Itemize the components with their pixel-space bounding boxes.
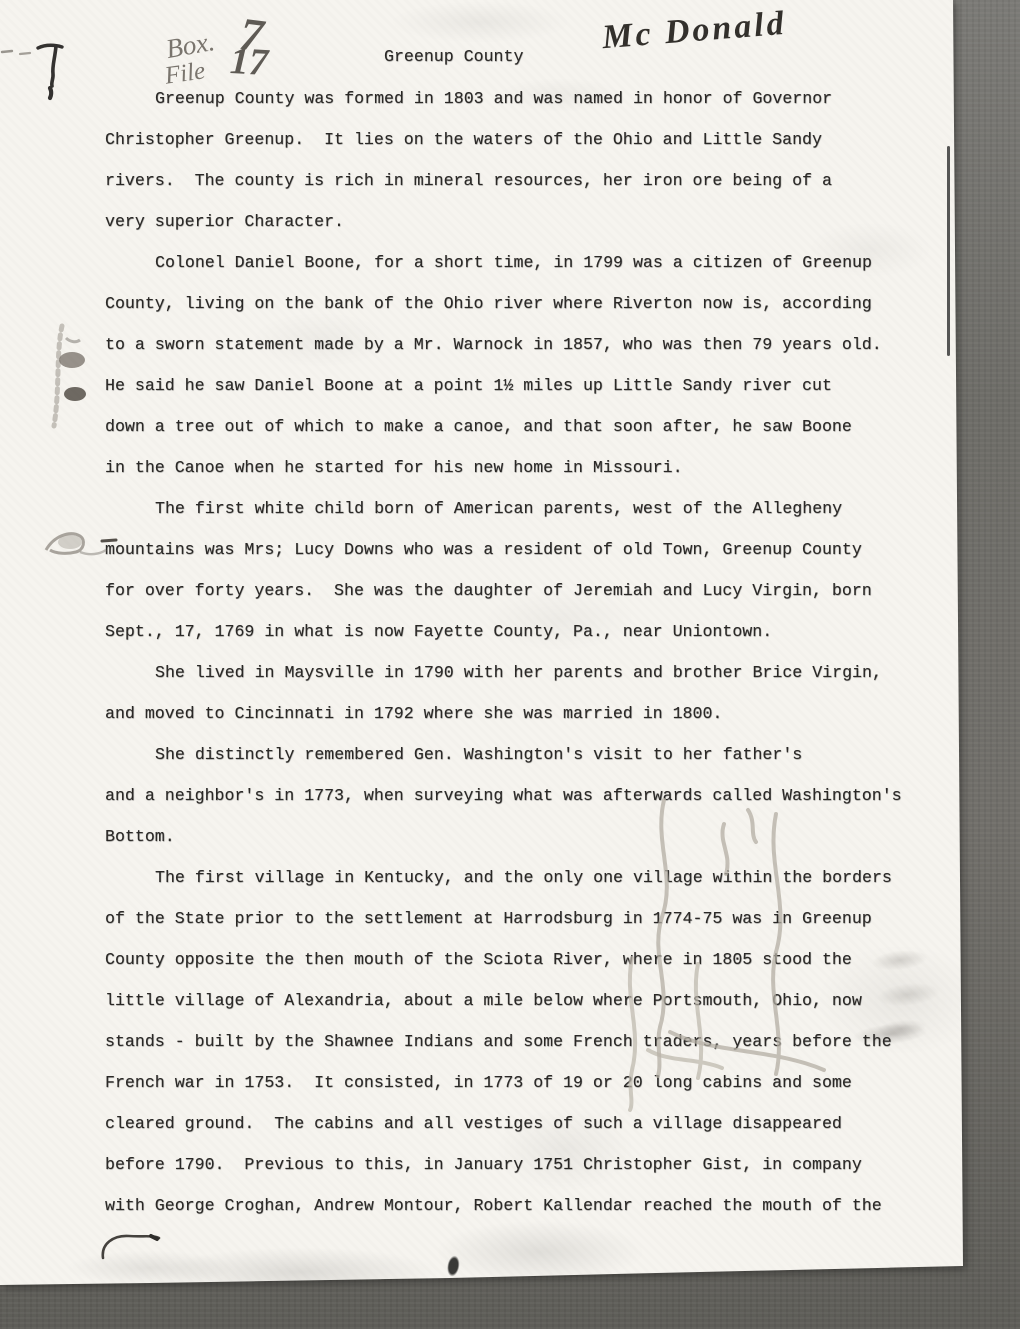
typed-line: County opposite the then mouth of the Sc… xyxy=(105,949,852,971)
page-shadow-wrap: Box. 7 File 17 Mc Donald Greenup County … xyxy=(0,0,1020,1329)
typed-line: stands - built by the Shawnee Indians an… xyxy=(105,1031,892,1053)
bottom-edge-blob xyxy=(440,1249,466,1288)
typed-line: mountains was Mrs; Lucy Downs who was a … xyxy=(105,539,862,561)
document-page: Box. 7 File 17 Mc Donald Greenup County … xyxy=(0,0,1020,1329)
typed-line: County, living on the bank of the Ohio r… xyxy=(105,293,872,315)
bottom-pencil-curve xyxy=(95,1226,245,1278)
typed-line: She distinctly remembered Gen. Washingto… xyxy=(155,744,802,766)
page-edge-line xyxy=(947,146,950,356)
typed-line: down a tree out of which to make a canoe… xyxy=(105,416,852,438)
typed-line: little village of Alexandria, about a mi… xyxy=(105,990,862,1012)
typed-line: He said he saw Daniel Boone at a point 1… xyxy=(105,375,832,397)
typed-line: rivers. The county is rich in mineral re… xyxy=(105,170,832,192)
typed-line: with George Croghan, Andrew Montour, Rob… xyxy=(105,1195,882,1217)
pencil-dashes xyxy=(0,46,40,62)
typed-line: Bottom. xyxy=(105,826,175,848)
typed-line: and moved to Cincinnati in 1792 where sh… xyxy=(105,703,722,725)
typed-line: for over forty years. She was the daught… xyxy=(105,580,872,602)
typed-line: and a neighbor's in 1773, when surveying… xyxy=(105,785,902,807)
handwritten-file-label: File xyxy=(163,57,207,90)
document-title: Greenup County xyxy=(384,46,523,68)
typed-line: in the Canoe when he started for his new… xyxy=(105,457,683,479)
typed-line: She lived in Maysville in 1790 with her … xyxy=(155,662,882,684)
typed-line: very superior Character. xyxy=(105,211,344,233)
typed-line: Greenup County was formed in 1803 and wa… xyxy=(155,88,832,110)
typed-line: Sept., 17, 1769 in what is now Fayette C… xyxy=(105,621,772,643)
handwritten-name: Mc Donald xyxy=(601,5,788,57)
typed-line: cleared ground. The cabins and all vesti… xyxy=(105,1113,842,1135)
scanner-background: Box. 7 File 17 Mc Donald Greenup County … xyxy=(0,0,1020,1329)
typed-line: Colonel Daniel Boone, for a short time, … xyxy=(155,252,872,274)
typed-line: of the State prior to the settlement at … xyxy=(105,908,872,930)
pencil-tmark xyxy=(26,36,86,106)
handwritten-file-number: 17 xyxy=(229,39,269,85)
typed-line: Christopher Greenup. It lies on the wate… xyxy=(105,129,822,151)
typed-line: to a sworn statement made by a Mr. Warno… xyxy=(105,334,882,356)
typed-line: before 1790. Previous to this, in Januar… xyxy=(105,1154,862,1176)
margin-smudge-upper xyxy=(28,318,100,438)
typed-line: The first village in Kentucky, and the o… xyxy=(155,867,892,889)
typed-line: The first white child born of American p… xyxy=(155,498,842,520)
typed-line: French war in 1753. It consisted, in 177… xyxy=(105,1072,852,1094)
